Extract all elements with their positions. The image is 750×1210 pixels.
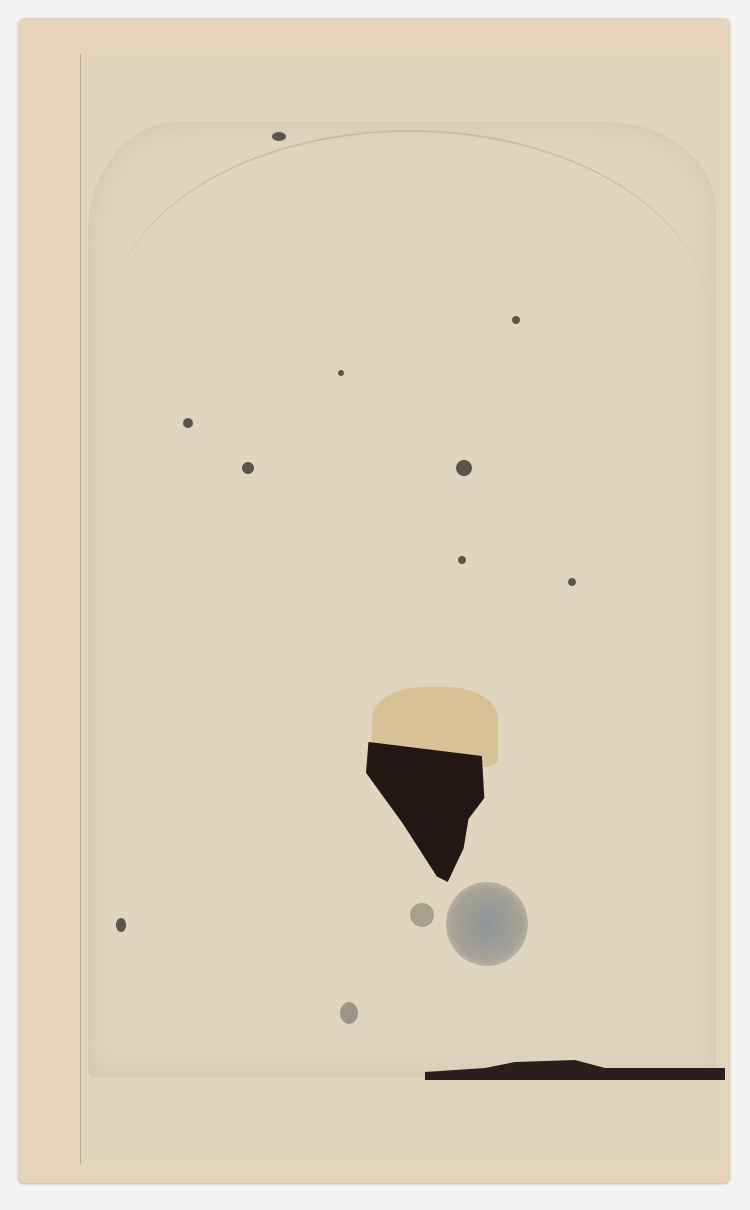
small-stain [410, 903, 434, 927]
spot [340, 1002, 358, 1024]
water-stain [446, 882, 528, 966]
spot [338, 370, 344, 376]
spot [512, 316, 520, 324]
spot [116, 918, 126, 932]
spot [456, 460, 472, 476]
oval-impression [110, 130, 710, 512]
spot [242, 462, 254, 474]
spot [272, 132, 286, 141]
spot [183, 418, 193, 428]
spot [568, 578, 576, 586]
spot [458, 556, 466, 564]
